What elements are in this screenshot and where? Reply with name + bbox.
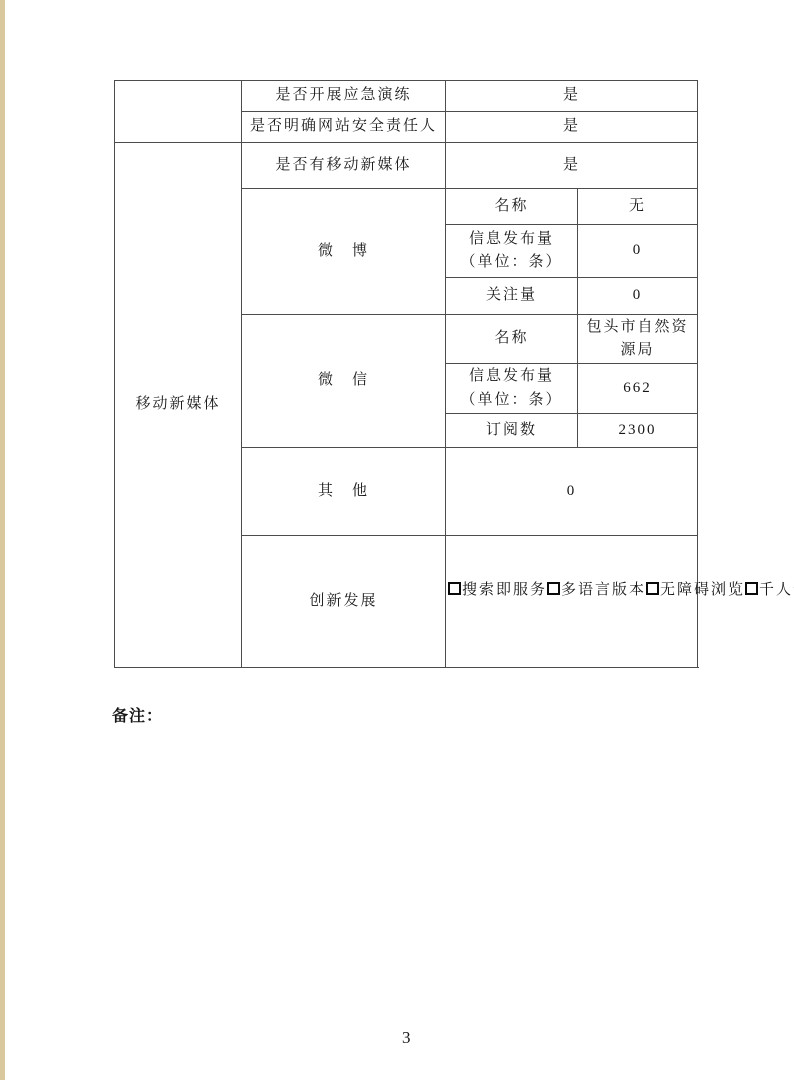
- wechat-subs-value: 2300: [578, 414, 698, 448]
- checkbox-icon[interactable]: [448, 582, 461, 595]
- emergency-drill-label: 是否开展应急演练: [242, 81, 446, 112]
- wechat-posts-value: 662: [578, 364, 698, 414]
- innovation-option-label: 多语言版本: [561, 582, 646, 598]
- weibo-posts-label: 信息发布量 （单位：条）: [446, 225, 578, 278]
- other-media-value: 0: [446, 448, 698, 536]
- checkbox-icon[interactable]: [547, 582, 560, 595]
- scan-edge-strip: [0, 0, 5, 1080]
- weibo-name-value: 无: [578, 189, 698, 225]
- annual-report-table: 是否开展应急演练 是 是否明确网站安全责任人 是 移动新媒体 是否有移动新媒体 …: [114, 80, 698, 668]
- weibo-posts-value: 0: [578, 225, 698, 278]
- innovation-options-line: 搜索即服务多语言版本无障碍浏览千人千网其他: [448, 579, 695, 602]
- checkbox-icon[interactable]: [745, 582, 758, 595]
- wechat-posts-label: 信息发布量 （单位：条）: [446, 364, 578, 414]
- weibo-followers-label: 关注量: [446, 278, 578, 315]
- checkbox-icon[interactable]: [646, 582, 659, 595]
- has-mobile-media-label: 是否有移动新媒体: [242, 143, 446, 189]
- other-media-label: 其 他: [242, 448, 446, 536]
- mobile-media-section-label: 移动新媒体: [115, 143, 242, 668]
- security-officer-label: 是否明确网站安全责任人: [242, 112, 446, 143]
- empty-section-cell: [115, 81, 242, 143]
- wechat-label: 微 信: [242, 315, 446, 448]
- has-mobile-media-value: 是: [446, 143, 698, 189]
- weibo-label: 微 博: [242, 189, 446, 315]
- security-officer-value: 是: [446, 112, 698, 143]
- innovation-option-label: 搜索即服务: [462, 582, 547, 598]
- page-number: 3: [402, 1028, 411, 1048]
- innovation-options-cell: 搜索即服务多语言版本无障碍浏览千人千网其他: [446, 536, 698, 668]
- weibo-followers-value: 0: [578, 278, 698, 315]
- notes-label: 备注：: [112, 703, 163, 726]
- weibo-name-label: 名称: [446, 189, 578, 225]
- innovation-section-label: 创新发展: [242, 536, 446, 668]
- innovation-option-label: 无障碍浏览: [660, 582, 745, 598]
- table-row: 是否开展应急演练 是: [115, 81, 698, 112]
- table-row: 移动新媒体 是否有移动新媒体 是: [115, 143, 698, 189]
- wechat-name-value: 包头市自然资源局: [578, 315, 698, 364]
- wechat-name-label: 名称: [446, 315, 578, 364]
- innovation-option-label: 千人千网: [759, 582, 794, 598]
- wechat-subs-label: 订阅数: [446, 414, 578, 448]
- emergency-drill-value: 是: [446, 81, 698, 112]
